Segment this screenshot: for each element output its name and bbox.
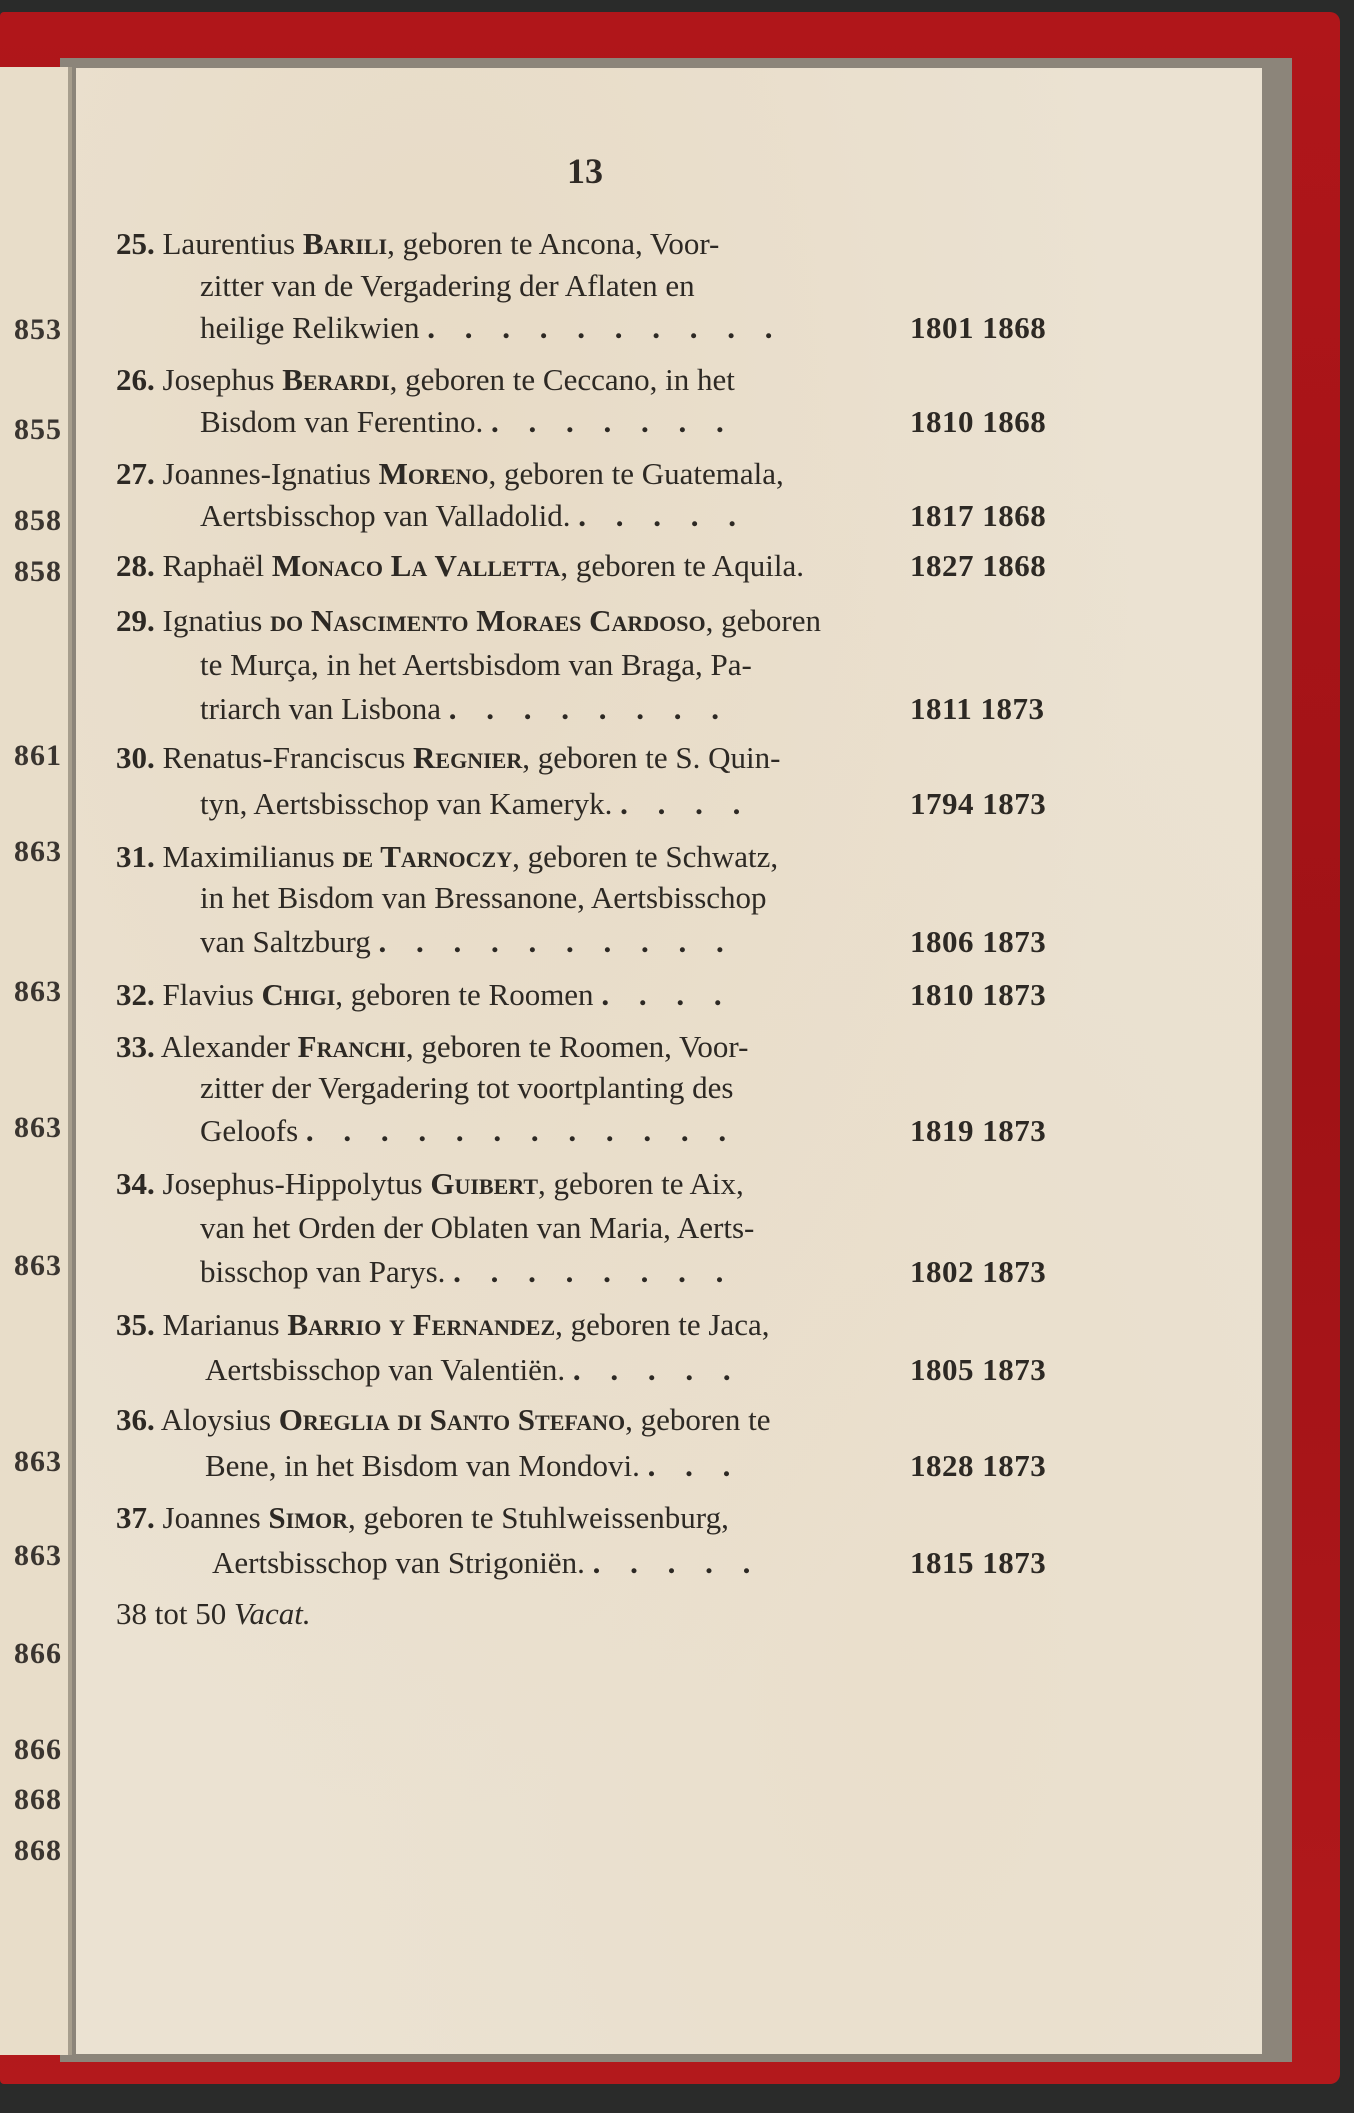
entry-line: Aertsbisschop van Valladolid. . . . . . bbox=[200, 496, 747, 536]
entry-line: 28. Raphaël Monaco La Valletta, geboren … bbox=[116, 546, 804, 586]
entry-dates: 1811 1873 bbox=[910, 689, 1080, 729]
entry-line: zitter der Vergadering tot voortplanting… bbox=[200, 1068, 733, 1108]
entry-dates: 1815 1873 bbox=[910, 1543, 1080, 1583]
entry-dates: 1819 1873 bbox=[910, 1111, 1080, 1151]
entry-line: heilige Relikwien . . . . . . . . . . bbox=[200, 308, 784, 348]
entry-line: van Saltzburg . . . . . . . . . . bbox=[200, 922, 735, 962]
margin-year: 863 bbox=[0, 1111, 62, 1145]
entry-number: 25. bbox=[116, 226, 155, 261]
entry-line: 34. Josephus-Hippolytus Guibert, geboren… bbox=[116, 1164, 744, 1204]
page-number: 13 bbox=[567, 150, 603, 192]
entry-line: Bene, in het Bisdom van Mondovi. . . . bbox=[205, 1446, 741, 1486]
margin-year: 855 bbox=[0, 413, 62, 447]
entry-line: 25. Laurentius Barili, geboren te Ancona… bbox=[116, 224, 719, 264]
entry-line: Geloofs . . . . . . . . . . . . bbox=[200, 1111, 737, 1151]
margin-year: 868 bbox=[0, 1834, 62, 1868]
entry-line: 35. Marianus Barrio y Fernandez, geboren… bbox=[116, 1305, 769, 1345]
entry-line: 32. Flavius Chigi, geboren te Roomen . .… bbox=[116, 975, 733, 1015]
entry-line: Aertsbisschop van Valentiën. . . . . . bbox=[205, 1350, 742, 1390]
entry-dates: 1827 1868 bbox=[910, 546, 1080, 586]
entry-line: 29. Ignatius do Nascimento Moraes Cardos… bbox=[116, 601, 821, 641]
entry-line: 27. Joannes-Ignatius Moreno, geboren te … bbox=[116, 454, 784, 494]
entry-line: in het Bisdom van Bressanone, Aertsbissc… bbox=[200, 878, 767, 918]
dot-leader: . . . . . . . . . . bbox=[427, 310, 783, 345]
entry-line: tyn, Aertsbisschop van Kameryk. . . . . bbox=[200, 784, 751, 824]
entry-line: 31. Maximilianus de Tarnoczy, geboren te… bbox=[116, 837, 778, 877]
entry-surname: Barili bbox=[303, 226, 387, 261]
entry-line: te Murça, in het Aertsbisdom van Braga, … bbox=[200, 645, 752, 685]
entry-line: 26. Josephus Berardi, geboren te Ceccano… bbox=[116, 360, 735, 400]
margin-year: 861 bbox=[0, 739, 62, 773]
margin-year: 858 bbox=[0, 555, 62, 589]
entry-line: 30. Renatus-Franciscus Regnier, geboren … bbox=[116, 738, 781, 778]
entry-dates: 1810 1868 bbox=[910, 402, 1080, 442]
margin-year: 863 bbox=[0, 975, 62, 1009]
margin-year: 863 bbox=[0, 835, 62, 869]
entry-dates: 1802 1873 bbox=[910, 1252, 1080, 1292]
entry-name: Laurentius bbox=[163, 226, 296, 261]
margin-year: 868 bbox=[0, 1783, 62, 1817]
entry-dates: 1810 1873 bbox=[910, 975, 1080, 1015]
vacant-range: 38 tot 50 bbox=[116, 1596, 226, 1631]
left-page-fragment: 853 855 858 858 861 863 863 863 863 863 … bbox=[0, 67, 72, 2055]
entry-line: Bisdom van Ferentino. . . . . . . . bbox=[200, 402, 735, 442]
entry-dates: 1817 1868 bbox=[910, 496, 1080, 536]
margin-year: 866 bbox=[0, 1637, 62, 1671]
margin-year: 863 bbox=[0, 1539, 62, 1573]
entry-dates: 1806 1873 bbox=[910, 922, 1080, 962]
margin-year: 858 bbox=[0, 504, 62, 538]
vacant-line: 38 tot 50 Vacat. bbox=[116, 1594, 311, 1634]
entry-line: triarch van Lisbona . . . . . . . . bbox=[200, 689, 730, 729]
entry-line: 37. Joannes Simor, geboren te Stuhlweiss… bbox=[116, 1498, 729, 1538]
entry-line: 33. Alexander Franchi, geboren te Roomen… bbox=[116, 1027, 748, 1067]
entry-line: van het Orden der Oblaten van Maria, Aer… bbox=[200, 1208, 754, 1248]
entry-line: Aertsbisschop van Strigoniën. . . . . . bbox=[212, 1543, 761, 1583]
entry-dates: 1805 1873 bbox=[910, 1350, 1080, 1390]
vacant-status: Vacat. bbox=[234, 1596, 311, 1631]
entry-dates: 1794 1873 bbox=[910, 784, 1080, 824]
margin-year: 853 bbox=[0, 313, 62, 347]
margin-year: 866 bbox=[0, 1733, 62, 1767]
margin-year: 863 bbox=[0, 1445, 62, 1479]
entry-line: zitter van de Vergadering der Aflaten en bbox=[200, 266, 695, 306]
entry-line: 36. Aloysius Oreglia di Santo Stefano, g… bbox=[116, 1400, 771, 1440]
margin-year: 863 bbox=[0, 1249, 62, 1283]
entry-dates: 1801 1868 bbox=[910, 308, 1080, 348]
entry-line: bisschop van Parys. . . . . . . . . bbox=[200, 1252, 734, 1292]
entry-dates: 1828 1873 bbox=[910, 1446, 1080, 1486]
